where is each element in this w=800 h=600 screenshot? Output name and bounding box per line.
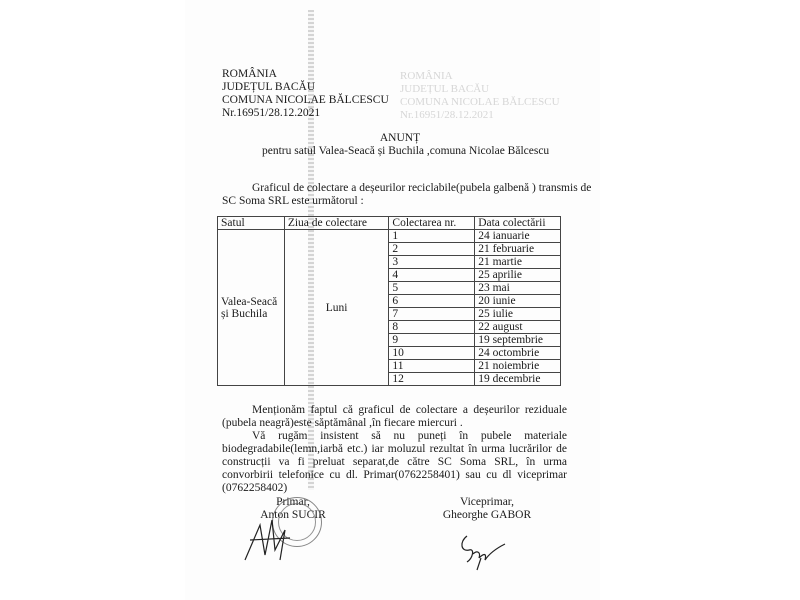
collection-number-cell: 10 — [389, 347, 475, 360]
collection-number-cell: 11 — [389, 360, 475, 373]
collection-date-cell: 21 februarie — [475, 243, 561, 256]
collection-number-cell: 6 — [389, 295, 475, 308]
header-county: JUDEȚUL BACĂU — [222, 81, 389, 94]
collection-date-cell: 19 septembrie — [475, 334, 561, 347]
bleed-through-text: ROMÂNIA JUDEȚUL BACĂU COMUNA NICOLAE BĂL… — [400, 70, 560, 122]
collection-date-cell: 23 mai — [475, 282, 561, 295]
collection-number-cell: 3 — [389, 256, 475, 269]
header-collection-date: Data colectării — [475, 217, 561, 230]
collection-number-cell: 8 — [389, 321, 475, 334]
collection-schedule-table: Satul Ziua de colectare Colectarea nr. D… — [217, 216, 561, 386]
collection-date-cell: 25 iulie — [475, 308, 561, 321]
mayor-signature-icon — [240, 510, 300, 565]
collection-number-cell: 2 — [389, 243, 475, 256]
collection-number-cell: 4 — [389, 269, 475, 282]
collection-number-cell: 9 — [389, 334, 475, 347]
collection-date-cell: 25 aprilie — [475, 269, 561, 282]
collection-number-cell: 1 — [389, 230, 475, 243]
signature-block-vice-mayor: Viceprimar, Gheorghe GABOR — [432, 496, 542, 522]
collection-date-cell: 22 august — [475, 321, 561, 334]
vice-mayor-role: Viceprimar, — [432, 496, 542, 509]
table-header-row: Satul Ziua de colectare Colectarea nr. D… — [218, 217, 561, 230]
collection-date-cell: 21 martie — [475, 256, 561, 269]
header-country: ROMÂNIA — [222, 68, 389, 81]
collection-date-cell: 19 decembrie — [475, 373, 561, 386]
vice-mayor-name: Gheorghe GABOR — [432, 509, 542, 522]
vice-mayor-signature-icon — [455, 528, 510, 573]
paragraph-biodegradable-notice: Vă rugăm insistent să nu puneți în pubel… — [222, 430, 567, 495]
collection-date-cell: 21 noiembrie — [475, 360, 561, 373]
collection-number-cell: 7 — [389, 308, 475, 321]
header-collection-number: Colectarea nr. — [389, 217, 475, 230]
header-village: Satul — [218, 217, 285, 230]
issuer-header: ROMÂNIA JUDEȚUL BACĂU COMUNA NICOLAE BĂL… — [222, 68, 389, 120]
header-commune: COMUNA NICOLAE BĂLCESCU — [222, 94, 389, 107]
document-title: ANUNȚ — [0, 132, 800, 145]
paragraph-residual-waste: Menționăm faptul că graficul de colectar… — [222, 404, 567, 430]
village-cell: Valea-Seacă și Buchila — [218, 230, 285, 386]
intro-line-2: SC Soma SRL este următorul : — [222, 195, 364, 208]
collection-date-cell: 24 octombrie — [475, 347, 561, 360]
table-row: Valea-Seacă și BuchilaLuni124 ianuarie — [218, 230, 561, 243]
header-collection-day: Ziua de colectare — [284, 217, 389, 230]
collection-day-cell: Luni — [284, 230, 389, 386]
collection-number-cell: 12 — [389, 373, 475, 386]
header-registration-number: Nr.16951/28.12.2021 — [222, 107, 389, 120]
collection-date-cell: 20 iunie — [475, 295, 561, 308]
document-subtitle: pentru satul Valea-Seacă și Buchila ,com… — [262, 145, 549, 158]
intro-line-1: Graficul de colectare a deșeurilor recic… — [252, 182, 591, 195]
collection-number-cell: 5 — [389, 282, 475, 295]
collection-date-cell: 24 ianuarie — [475, 230, 561, 243]
